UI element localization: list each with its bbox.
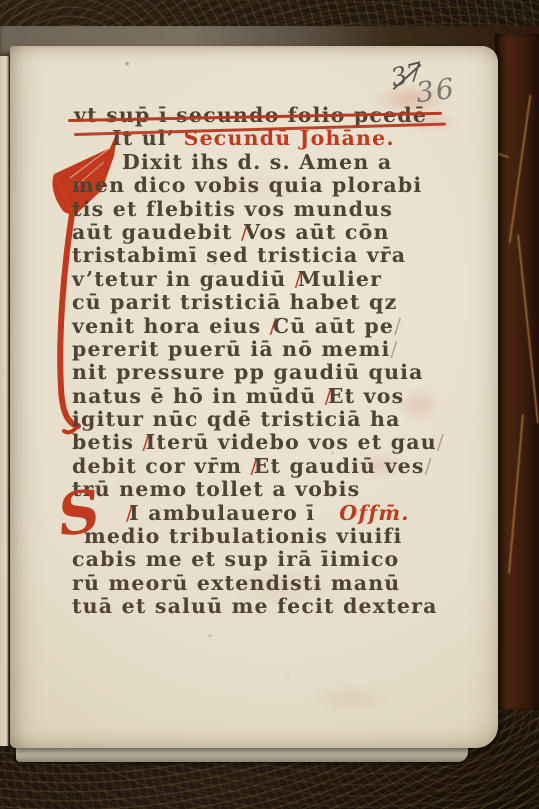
ink-text: aūt gaudebit — [72, 220, 241, 244]
manuscript-line: trū nemo tollet a vobis — [72, 478, 452, 501]
manuscript-line: tis et flebitis vos mundus — [72, 198, 452, 221]
ink-text: Et vos — [328, 384, 405, 408]
ink-text: tis et flebitis vos mundus — [72, 197, 393, 221]
leather-crack — [517, 234, 539, 423]
ink-text: tuā et saluū me fecit dextera — [72, 594, 438, 618]
manuscript-line: ∕I ambulauero īOffm̄. — [72, 502, 452, 525]
manuscript-line: Dixit ihs d. s. Amen a — [72, 151, 452, 174]
manuscript-line: rū meorū extendisti manū — [72, 572, 452, 595]
ink-text: Iterū videbo vos et gau — [146, 430, 437, 454]
ink-text: medio tribulationis viuifi — [84, 524, 403, 548]
leather-binding-edge — [495, 34, 539, 710]
rubric-text: Offm̄. — [339, 501, 409, 525]
rubricated-initial-s: S — [54, 481, 104, 544]
ink-text: ∕ — [437, 430, 445, 454]
ink-text: venit hora eius — [72, 314, 270, 338]
ink-text: tristabimī sed tristicia vr̄a — [72, 243, 406, 267]
ink-text: igitur nūc qdē tristiciā ha — [72, 407, 401, 431]
ink-text: Dixit ihs d. s. Amen a — [122, 150, 392, 174]
ink-text: debit cor vr̄m — [72, 454, 251, 478]
ink-text: men dico vobis quia plorabi — [72, 173, 422, 197]
ink-text: ∕ — [425, 454, 433, 478]
ink-text: ∕ — [394, 314, 402, 338]
manuscript-line: debit cor vr̄m ∕Et gaudiū ves∕ — [72, 455, 452, 478]
ink-text: betis — [72, 430, 143, 454]
manuscript-line: igitur nūc qdē tristiciā ha — [72, 408, 452, 431]
manuscript-line: tristabimī sed tristicia vr̄a — [72, 244, 452, 267]
folio-number: 36 — [414, 72, 457, 110]
manuscript-line: natus ē hō in mūdū ∕Et vos — [72, 385, 452, 408]
manuscript-line: cū parit tristiciā habet qz — [72, 291, 452, 314]
manuscript-line: medio tribulationis viuifi — [72, 525, 452, 548]
ink-text: cabis me et sup irā īimico — [72, 547, 399, 571]
manuscript-line: nit pressure pp gaudiū quia — [72, 361, 452, 384]
ink-text: pererit puerū iā nō memi — [72, 337, 390, 361]
manuscript-line: pererit puerū iā nō memi∕ — [72, 338, 452, 361]
manuscript-photo: vt sup̄ ī secundo folio pcedēIt ul’ Secu… — [0, 0, 539, 809]
ink-text: Et gaudiū ves — [254, 454, 425, 478]
manuscript-line: betis ∕Iterū videbo vos et gau∕ — [72, 431, 452, 454]
ink-text: ∕ — [390, 337, 398, 361]
ink-text: natus ē hō in mūdū — [72, 384, 325, 408]
ink-text: Mulier — [298, 267, 382, 291]
ink-text: rū meorū extendisti manū — [72, 571, 400, 595]
manuscript-line: cabis me et sup irā īimico — [72, 548, 452, 571]
manuscript-line: aūt gaudebit ∕Vos aūt cōn — [72, 221, 452, 244]
manuscript-line: venit hora eius ∕Cū aūt pe∕ — [72, 315, 452, 338]
ink-text: cū parit tristiciā habet qz — [72, 290, 397, 314]
leather-crack — [508, 414, 524, 574]
leather-crack — [509, 95, 532, 244]
ink-text: Cū aūt pe — [273, 314, 394, 338]
ink-text: v’tetur in gaudiū — [72, 267, 295, 291]
ink-text: I ambulauero ī — [129, 501, 315, 525]
manuscript-line: v’tetur in gaudiū ∕Mulier — [72, 268, 452, 291]
ink-text: trū nemo tollet a vobis — [72, 477, 360, 501]
manuscript-line: tuā et saluū me fecit dextera — [72, 595, 452, 618]
ink-text: nit pressure pp gaudiū quia — [72, 360, 424, 384]
ink-text: Vos aūt cōn — [244, 220, 389, 244]
manuscript-text-block: vt sup̄ ī secundo folio pcedēIt ul’ Secu… — [72, 104, 452, 619]
manuscript-line: men dico vobis quia plorabi — [72, 174, 452, 197]
